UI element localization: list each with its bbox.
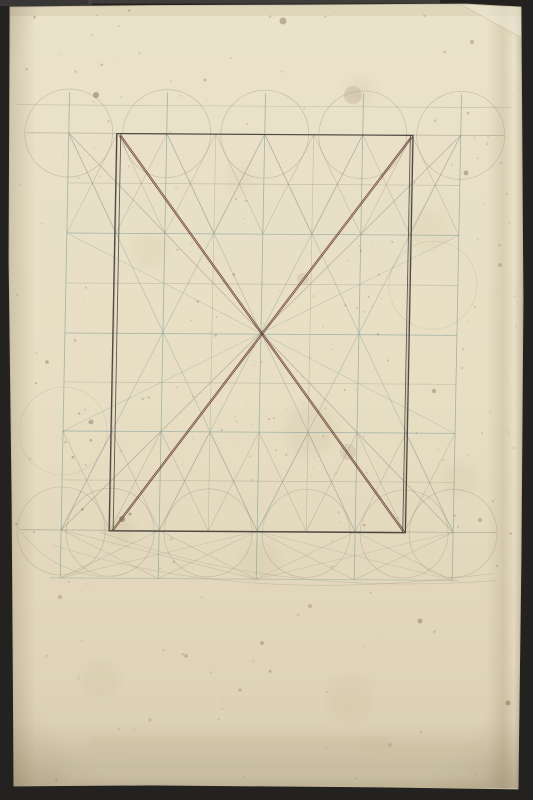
- backdrop-corner-patch: [0, 0, 92, 6]
- drawing-sheet-photo: [0, 0, 533, 800]
- vignette: [0, 0, 533, 800]
- paper-surface: [0, 0, 533, 800]
- backdrop-top-streak: [88, 0, 440, 4]
- photograph-stage: [0, 0, 533, 800]
